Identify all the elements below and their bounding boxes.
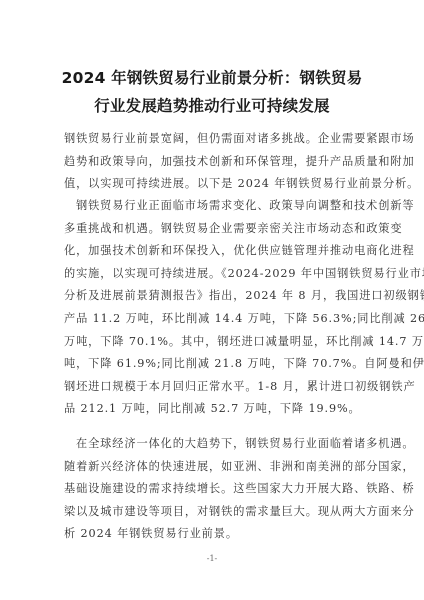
text-line: 在全球经济一体化的大趋势下，钢铁贸易行业面临着诸多机遇。 bbox=[64, 433, 362, 456]
text-line: 梁以及城市建设等项目，对钢铁的需求量巨大。现从两大方面来分 bbox=[64, 501, 362, 524]
text-line: 随着新兴经济体的快速进展，如亚洲、非洲和南美洲的部分国家， bbox=[64, 456, 362, 479]
text-line: 分析及进展前景猜测报告》指出，2024 年 8 月，我国进口初级钢铁 bbox=[64, 285, 362, 308]
text-line: 的实施，以实现可持续进展。《2024-2029 年中国钢铁贸易行业市场 bbox=[64, 263, 362, 286]
text-line: 析 2024 年钢铁贸易行业前景。 bbox=[64, 523, 362, 546]
paragraph-intro: 钢铁贸易行业前景宽阔，但仍需面对诸多挑战。企业需要紧跟市场 趋势和政策导向，加强… bbox=[64, 128, 362, 196]
paragraph-import-statistics: 钢铁贸易行业正面临市场需求变化、政策导向调整和技术创新等 多重挑战和机遇。钢铁贸… bbox=[64, 195, 362, 421]
text-line: 趋势和政策导向，加强技术创新和环保管理，提升产品质量和附加 bbox=[64, 151, 362, 174]
paragraph-global-opportunities: 在全球经济一体化的大趋势下，钢铁贸易行业面临着诸多机遇。 随着新兴经济体的快速进… bbox=[64, 433, 362, 546]
title-line-2: 行业发展趋势推动行业可持续发展 bbox=[40, 92, 384, 120]
text-line: 产品 11.2 万吨，环比削减 14.4 万吨，下降 56.3%;同比削减 26… bbox=[64, 308, 362, 331]
text-line: 万吨，下降 70.1%。其中，钢坯进口减量明显，环比削减 14.7 万 bbox=[64, 331, 362, 354]
text-line: 基础设施建设的需求持续增长。这些国家大力开展大路、铁路、桥 bbox=[64, 478, 362, 501]
text-line: 钢坯进口规模于本月回归正常水平。1-8 月，累计进口初级钢铁产 bbox=[64, 376, 362, 399]
text-line: 值，以实现可持续进展。以下是 2024 年钢铁贸易行业前景分析。 bbox=[64, 173, 362, 196]
document-page: 2024 年钢铁贸易行业前景分析：钢铁贸易 行业发展趋势推动行业可持续发展 钢铁… bbox=[0, 0, 424, 600]
text-line: 化，加强技术创新和环保投入，优化供应链管理并推动电商化进程 bbox=[64, 240, 362, 263]
document-title: 2024 年钢铁贸易行业前景分析：钢铁贸易 行业发展趋势推动行业可持续发展 bbox=[40, 64, 384, 120]
text-line: 品 212.1 万吨，同比削减 52.7 万吨，下降 19.9%。 bbox=[64, 398, 362, 421]
text-line: 钢铁贸易行业前景宽阔，但仍需面对诸多挑战。企业需要紧跟市场 bbox=[64, 128, 362, 151]
text-line: 钢铁贸易行业正面临市场需求变化、政策导向调整和技术创新等 bbox=[64, 195, 362, 218]
page-number: -1- bbox=[0, 554, 424, 563]
title-line-1: 2024 年钢铁贸易行业前景分析：钢铁贸易 bbox=[40, 64, 384, 92]
text-line: 吨，下降 61.9%;同比削减 21.8 万吨，下降 70.7%。自阿曼和伊朗的 bbox=[64, 353, 362, 376]
text-line: 多重挑战和机遇。钢铁贸易企业需要亲密关注市场动态和政策变 bbox=[64, 218, 362, 241]
